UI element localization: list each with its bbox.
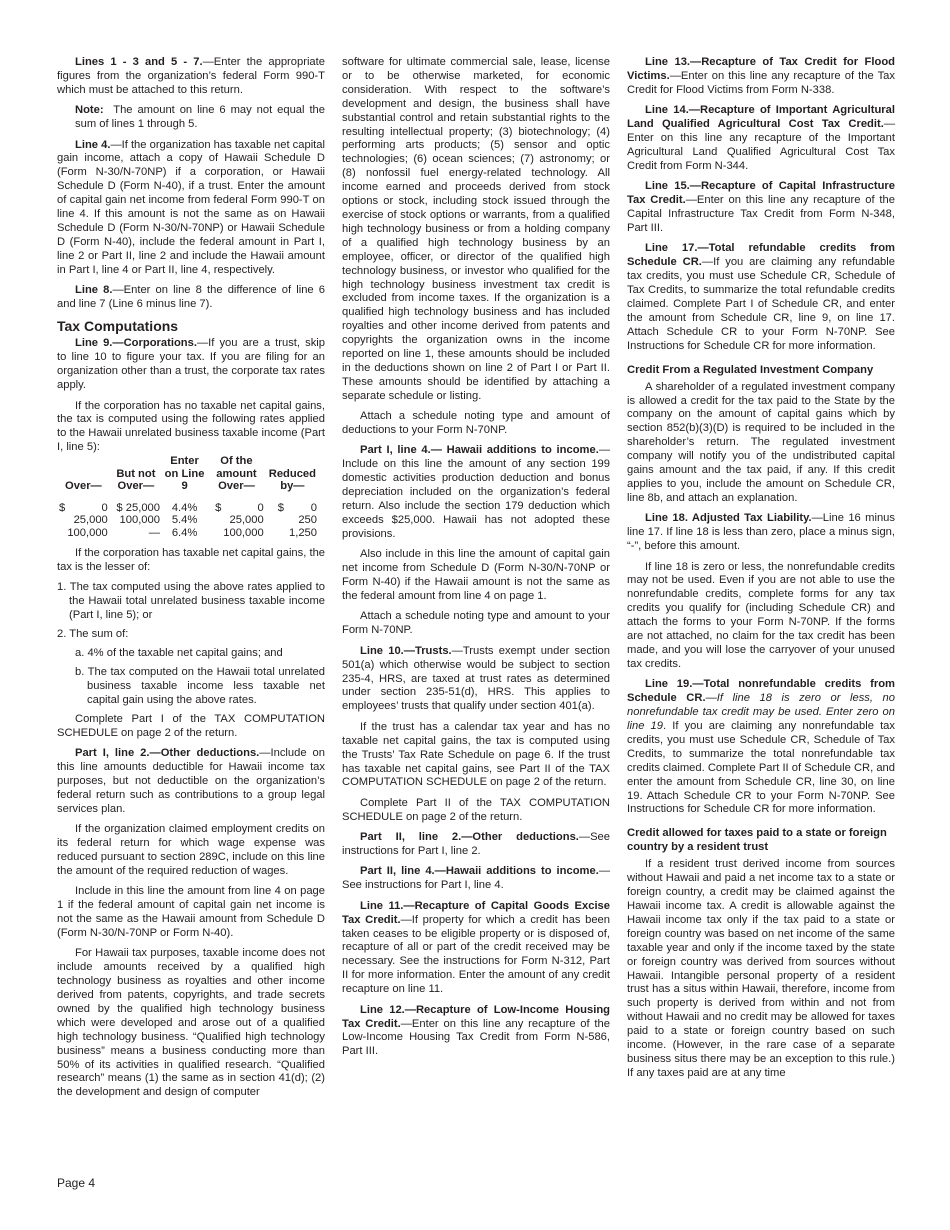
rate-table-row: 100,000 — 6.4% 100,000 1,250	[57, 527, 319, 540]
line-4-paragraph: Line 4.—If the organization has taxable …	[57, 139, 325, 278]
col-header-over: Over—	[57, 455, 110, 502]
part-1-line-4-paragraph: Part I, line 4.— Hawaii additions to inc…	[342, 444, 610, 541]
line-12-paragraph: Line 12.—Recapture of Low-Income Housing…	[342, 1004, 610, 1060]
software-continuation-paragraph: software for ultimate commercial sale, l…	[342, 56, 610, 404]
line-9-paragraph: Line 9.—Corporations.—If you are a trust…	[57, 337, 325, 393]
part-2-line-4-paragraph: Part II, line 4.—Hawaii additions to inc…	[342, 865, 610, 893]
trust-calendar-year-paragraph: If the trust has a calendar tax year and…	[342, 721, 610, 791]
corporate-rate-table: Over— But not Over— Enter on Line 9 Of t…	[57, 455, 319, 539]
list-item-1: 1. The tax computed using the above rate…	[57, 581, 325, 623]
part-1-line-2-paragraph: Part I, line 2.—Other deductions.—Includ…	[57, 747, 325, 817]
attach-schedule-paragraph: Attach a schedule noting type and amount…	[342, 410, 610, 438]
also-include-paragraph: Also include in this line the amount of …	[342, 548, 610, 604]
complete-part-1-paragraph: Complete Part I of the TAX COMPUTATION S…	[57, 713, 325, 741]
column-3: Line 13.—Recapture of Tax Credit for Flo…	[627, 56, 895, 1087]
list-item-2: 2. The sum of:	[57, 628, 325, 642]
rate-table-row: 25,000 100,000 5.4% 25,000 250	[57, 514, 319, 527]
col-header-reduced-by: Reduced by—	[266, 455, 319, 502]
complete-part-2-paragraph: Complete Part II of the TAX COMPUTATION …	[342, 797, 610, 825]
include-line-4-paragraph: Include in this line the amount from lin…	[57, 885, 325, 941]
column-2: software for ultimate commercial sale, l…	[342, 56, 610, 1066]
list-item-2a: a. 4% of the taxable net capital gains; …	[57, 647, 325, 661]
regulated-investment-paragraph: A shareholder of a regulated investment …	[627, 381, 895, 506]
line-14-paragraph: Line 14.—Recapture of Important Agricult…	[627, 104, 895, 174]
line-15-paragraph: Line 15.—Recapture of Capital Infrastruc…	[627, 180, 895, 236]
rate-table-row: $0 $ 25,000 4.4% $0 $0	[57, 502, 319, 515]
col-header-enter-on-line-9: Enter on Line 9	[162, 455, 207, 502]
resident-trust-paragraph: If a resident trust derived income from …	[627, 858, 895, 1081]
line-18-paragraph: Line 18. Adjusted Tax Liability.—Line 16…	[627, 512, 895, 554]
attach-schedule-amount-paragraph: Attach a schedule noting type and amount…	[342, 610, 610, 638]
page-number: Page 4	[57, 1176, 95, 1190]
currency-symbol: $	[59, 502, 65, 515]
line-17-paragraph: Line 17.—Total refundable credits from S…	[627, 242, 895, 353]
no-capital-gains-paragraph: If the corporation has no taxable net ca…	[57, 400, 325, 456]
lines-1-3-5-7-paragraph: Lines 1 - 3 and 5 - 7.—Enter the appropr…	[57, 56, 325, 98]
employment-credits-paragraph: If the organization claimed employment c…	[57, 823, 325, 879]
line-19-paragraph: Line 19.—Total nonrefundable credits fro…	[627, 678, 895, 817]
line-13-paragraph: Line 13.—Recapture of Tax Credit for Flo…	[627, 56, 895, 98]
line-8-paragraph: Line 8.—Enter on line 8 the difference o…	[57, 284, 325, 312]
col-header-but-not-over: But not Over—	[110, 455, 162, 502]
list-item-2b: b. The tax computed on the Hawaii total …	[57, 666, 325, 708]
part-2-line-2-paragraph: Part II, line 2.—Other deductions.—See i…	[342, 831, 610, 859]
resident-trust-credit-heading: Credit allowed for taxes paid to a state…	[627, 826, 895, 854]
col-header-of-amount-over: Of the amount Over—	[207, 455, 266, 502]
capital-gains-paragraph: If the corporation has taxable net capit…	[57, 547, 325, 575]
tax-computations-heading: Tax Computations	[57, 318, 325, 335]
column-1: Lines 1 - 3 and 5 - 7.—Enter the appropr…	[57, 56, 325, 1107]
rate-table-header-row: Over— But not Over— Enter on Line 9 Of t…	[57, 455, 319, 502]
line-10-paragraph: Line 10.—Trusts.—Trusts exempt under sec…	[342, 645, 610, 715]
note-paragraph: Note: The amount on line 6 may not equal…	[57, 104, 325, 132]
high-technology-paragraph: For Hawaii tax purposes, taxable income …	[57, 947, 325, 1100]
nonrefundable-credits-paragraph: If line 18 is zero or less, the nonrefun…	[627, 561, 895, 672]
regulated-investment-company-heading: Credit From a Regulated Investment Compa…	[627, 363, 895, 377]
line-11-paragraph: Line 11.—Recapture of Capital Goods Exci…	[342, 900, 610, 997]
